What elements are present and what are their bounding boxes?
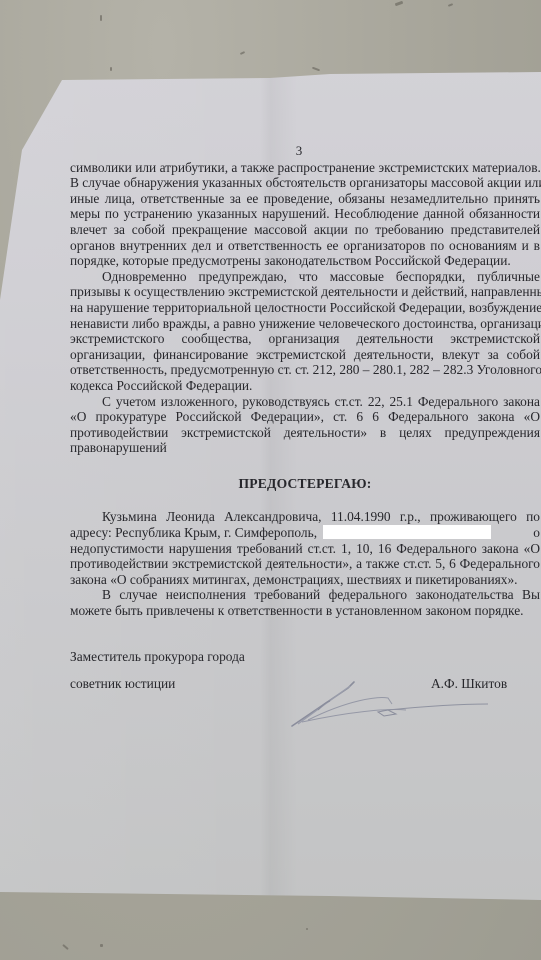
text-line: кодекса Российской Федерации. <box>70 378 540 394</box>
signatory-name: А.Ф. Шкитов <box>431 676 507 692</box>
text-line: призывы к осуществлению экстремистской д… <box>70 284 540 300</box>
text-line: на нарушение территориальной целостности… <box>70 300 540 316</box>
dust-speck <box>312 67 320 72</box>
text-line: организации, финансирование экстремистск… <box>70 347 540 363</box>
address-text: адресу: Республика Крым, г. Симферополь, <box>70 525 317 540</box>
text-line: меры по устранению указанных нарушений. … <box>70 206 540 222</box>
warning-heading: ПРЕДОСТЕРЕГАЮ: <box>70 476 540 492</box>
signatory-rank: советник юстиции <box>70 676 175 691</box>
dust-speck <box>448 3 453 7</box>
signatory-row: советник юстиции А.Ф. Шкитов <box>70 676 540 694</box>
text-line: «О прокуратуре Российской Федерации», ст… <box>70 409 540 425</box>
dust-speck <box>306 928 308 930</box>
text-line: В случае обнаружения указанных обстоятел… <box>70 175 540 191</box>
paragraph-consequences: В случае неисполнения требований федерал… <box>70 587 540 618</box>
text-line: символики или атрибутики, а также распро… <box>70 160 540 176</box>
signatory-position: Заместитель прокурора города <box>70 649 540 665</box>
text-line: правонарушений <box>70 440 540 456</box>
paragraph-addressee: Кузьмина Леонида Александровича, 11.04.1… <box>70 509 540 587</box>
signature-block: Заместитель прокурора города советник юс… <box>70 649 540 695</box>
text-line: С учетом изложенного, руководствуясь ст.… <box>70 394 540 410</box>
text-line: ответственность, предусмотренную ст. ст.… <box>70 362 540 378</box>
paragraph-legal-basis: С учетом изложенного, руководствуясь ст.… <box>70 394 540 456</box>
text-line: Одновременно предупреждаю, что массовые … <box>70 269 540 285</box>
text-line: влечет за собой прекращение массовой акц… <box>70 222 540 238</box>
text-line: экстремистского сообщества, организация … <box>70 331 540 347</box>
text-line: порядке, которые предусмотрены законодат… <box>70 253 540 269</box>
redacted-address <box>323 525 491 539</box>
text-line: В случае неисполнения требований федерал… <box>70 587 540 603</box>
text-line: иные лица, ответственные за ее проведени… <box>70 191 540 207</box>
text-line: Кузьмина Леонида Александровича, 11.04.1… <box>70 509 540 525</box>
text-line: органов внутренних дел и ответственность… <box>70 238 540 254</box>
text-line: противодействии экстремистской деятельно… <box>70 425 540 441</box>
text-line: ненависти либо вражды, а равно унижение … <box>70 316 540 332</box>
dust-speck <box>110 67 112 71</box>
dust-speck <box>100 944 103 947</box>
text-line: закона «О собраниях митингах, демонстрац… <box>70 572 540 588</box>
text-line-address: адресу: Республика Крым, г. Симферополь,… <box>70 525 540 541</box>
text-line: недопустимости нарушения требований ст.с… <box>70 541 540 557</box>
text-fragment: о <box>533 525 540 541</box>
page-number: 3 <box>64 143 534 159</box>
text-line: противодействии экстремистской деятельно… <box>70 556 540 572</box>
dust-speck <box>100 15 102 21</box>
text-line: можете быть привлечены к ответственности… <box>70 603 540 619</box>
paragraph-organizers-duties: символики или атрибутики, а также распро… <box>70 160 540 269</box>
dust-speck <box>62 944 69 950</box>
paragraph-warning-liability: Одновременно предупреждаю, что массовые … <box>70 269 540 394</box>
document-body: 3 символики или атрибутики, а также расп… <box>70 143 540 694</box>
dust-speck <box>395 1 404 7</box>
dust-speck <box>240 51 245 55</box>
